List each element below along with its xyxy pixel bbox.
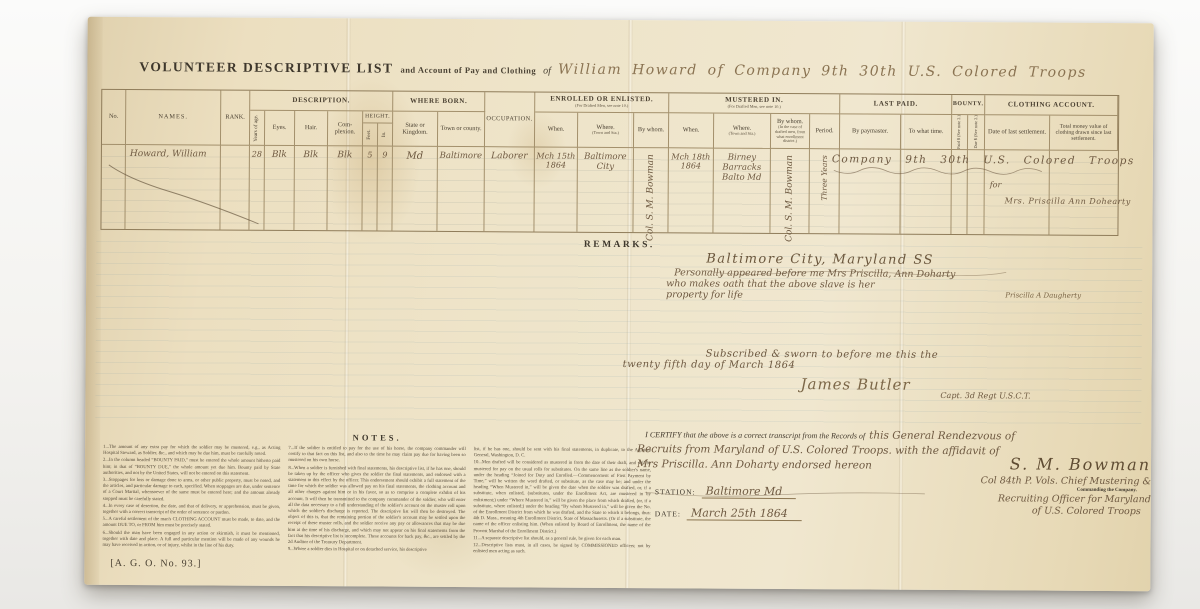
group-header-where-born: WHERE BORN. [393, 92, 485, 113]
ago-form-number: [A. G. O. No. 93.] [110, 557, 279, 571]
col-header-years-of-age: Years of age. [250, 111, 265, 146]
group-header-clothing-account: CLOTHING ACCOUNT. [985, 95, 1118, 116]
notes-section: NOTES. 1...The amount of any extra pay f… [102, 431, 651, 574]
notes-column-1: 1...The amount of any extra pay for whic… [102, 445, 280, 572]
col-header-rank: RANK. [221, 91, 250, 146]
remarks-heading: REMARKS. [86, 237, 1152, 254]
bowman-office-line: Recruiting Officer for Maryland [935, 493, 1151, 505]
col-header-where-enlisted: Where. (Town and Sta.) [578, 113, 634, 148]
col-header-when-mustered: When. [669, 113, 714, 148]
cell-enlist-bywhom: Col. S. M. Bowman [633, 148, 669, 232]
date-value: March 25th 1864 [687, 506, 802, 521]
photo-background: VOLUNTEER DESCRIPTIVE LIST and Account o… [0, 0, 1200, 609]
title-printed-sub: and Account of Pay and Clothing [400, 65, 536, 76]
cell-enlist-when: Mch 15th 1864 [534, 147, 578, 231]
col-header-hair: Hair. [295, 111, 328, 146]
sworn-statement-block: Subscribed & sworn to before me this the… [620, 348, 1100, 401]
col-header-no: No. [102, 90, 126, 145]
cell-age: 28 [249, 146, 265, 230]
cell-name: Howard, William [125, 145, 221, 230]
col-header-eyes: Eyes. [265, 111, 295, 146]
notes-heading: NOTES. [103, 431, 651, 444]
certify-handwritten-1: this General Rendezvous of [869, 430, 1015, 443]
col-header-complexion: Com-plexion. [328, 111, 363, 146]
entry-for-label: for [990, 180, 1002, 189]
cell-eyes: Blk [264, 146, 295, 230]
entry-paid-by-company-line: Company 9th 30th U.S. Colored Troops [832, 153, 1135, 167]
group-header-height: HEIGHT. [363, 111, 393, 123]
col-header-inches: In. [378, 124, 393, 147]
priscilla-signature: Priscilla A Daugherty [1005, 291, 1081, 302]
col-header-state: State or Kingdom. [393, 112, 438, 147]
col-header-by-paymaster: By paymaster. [840, 114, 901, 149]
col-header-bywhom-mustered: By whom. (In the case of drafted men, fr… [771, 114, 810, 149]
title-printed-main: VOLUNTEER DESCRIPTIVE LIST [139, 59, 393, 77]
col-header-where-mustered: Where. (Town and Sta.) [714, 114, 771, 149]
cell-no [101, 145, 126, 229]
bowman-rank-line: Col 84th P. Vols. Chief Mustering & [935, 475, 1151, 487]
james-butler-title: Capt. 3d Regt U.S.C.T. [940, 391, 1100, 401]
cell-enlist-where: Baltimore City [577, 148, 634, 232]
notes-column-3: list, if he has one, should be sent with… [473, 447, 651, 574]
cell-hair: Blk [294, 146, 328, 230]
cell-rank [220, 146, 250, 230]
col-header-date-last-settlement: Date of last settle­ment. [985, 115, 1050, 150]
col-header-total-clothing-value: Total money value of clothing drawn sinc… [1050, 116, 1118, 151]
cell-muster-when: Mch 18th 1864 [668, 148, 714, 232]
group-header-mustered: MUSTERED IN. (For Drafted Men, see note … [669, 93, 840, 114]
bowman-office-line-2: of U.S. Colored Troops [935, 505, 1151, 517]
station-value: Baltimore Md [702, 485, 797, 500]
col-header-occupation: OCCUPATION. [485, 92, 535, 147]
cell-state-born: Md [392, 147, 438, 231]
cell-occupation: Laborer [484, 147, 535, 231]
cell-muster-bywhom: Col. S. M. Bowman [770, 149, 810, 233]
notes-column-2: 7...If the soldier is entitled to pay fo… [288, 446, 466, 573]
group-header-last-paid: LAST PAID. [840, 94, 952, 115]
station-label: STATION: [655, 487, 696, 496]
remarks-handwritten-block: Baltimore City, Maryland SS Personally a… [646, 251, 1116, 303]
sworn-line: twenty fifth day of March 1864 [623, 359, 1101, 373]
remarks-line: property for life Priscilla A Daugherty [666, 289, 1116, 303]
cell-feet: 5 [362, 146, 378, 230]
col-header-to-what-time: To what time. [901, 115, 952, 150]
group-header-bounty: BOUNTY. [952, 95, 985, 115]
col-header-bounty-paid: Paid $ (See note 2.) [952, 115, 968, 150]
paper-left-edge-shading [84, 17, 102, 585]
bowman-signature-block: S. M. Bowman Col 84th P. Vols. Chief Mus… [935, 454, 1151, 517]
group-header-enrolled: ENROLLED OR ENLISTED. (For Drafted Men, … [535, 92, 669, 113]
col-header-period: Period. [810, 114, 840, 149]
group-header-description: DESCRIPTION. [250, 91, 393, 112]
certify-printed-text: I CERTIFY that the above is a correct tr… [645, 430, 865, 440]
cell-town-born: Baltimore [437, 147, 485, 231]
document-sheet: VOLUNTEER DESCRIPTIVE LIST and Account o… [84, 17, 1153, 592]
col-header-town: Town or county. [438, 112, 485, 147]
remarks-line: Baltimore City, Maryland SS [706, 252, 1116, 270]
col-header-bywhom-enlisted: By whom. [634, 113, 669, 148]
title-handwritten-name: William Howard of Company 9th 30th U.S. … [558, 62, 1087, 81]
cell-inches: 9 [377, 147, 393, 231]
document-title: VOLUNTEER DESCRIPTIVE LIST and Account o… [139, 59, 1133, 81]
date-label: DATE: [655, 509, 681, 518]
cell-muster-where: Birney Barracks Balto Md [713, 149, 771, 233]
entry-owner-name: Mrs. Priscilla Ann Dohearty [1005, 196, 1131, 206]
bowman-signature: S. M. Bowman [935, 454, 1151, 474]
col-header-feet: Feet. [363, 123, 378, 146]
title-printed-of: of [543, 66, 551, 77]
notes-columns: 1...The amount of any extra pay for whic… [102, 445, 651, 574]
col-header-bounty-due: Due $ (See note 2.) [968, 115, 985, 150]
cell-complexion: Blk [327, 146, 363, 230]
col-header-names: NAMES. [126, 90, 221, 146]
certify-line-1: I CERTIFY that the above is a correct tr… [645, 428, 1147, 443]
col-header-when-enlisted: When. [535, 112, 578, 147]
